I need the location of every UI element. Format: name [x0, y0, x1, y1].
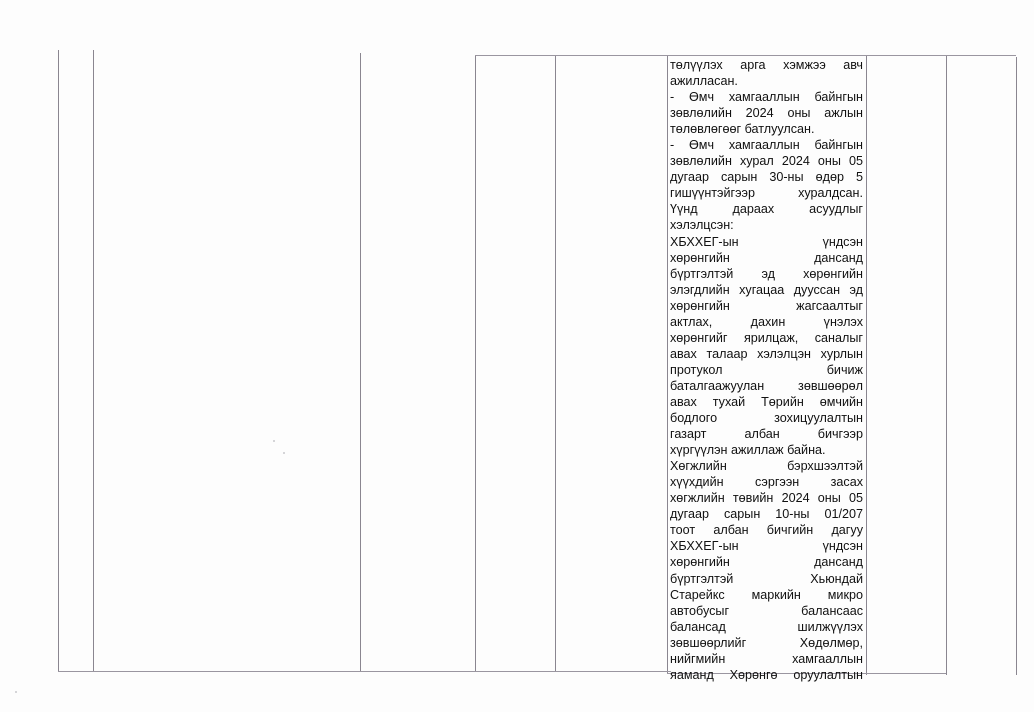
table-column-rule-7: [866, 56, 867, 675]
table-column-rule-5: [555, 55, 556, 672]
cell-text-line: төлүүлэх арга хэмжээ авч: [670, 57, 863, 73]
cell-text-line: нийгмийн хамгааллын: [670, 651, 863, 667]
cell-text-line: хөрөнгийн жагсаалтыг: [670, 298, 863, 314]
cell-text-line: газарт албан бичгээр: [670, 426, 863, 442]
table-column-rule-8: [946, 56, 947, 675]
scanned-page: төлүүлэх арга хэмжээ авчажилласан.- Өмч …: [0, 0, 1034, 712]
cell-text-line: Үүнд дараах асуудлыг: [670, 201, 863, 217]
cell-text-line: балансад шилжүүлэх: [670, 619, 863, 635]
cell-text-line: - Өмч хамгааллын байнгын: [670, 137, 863, 153]
cell-text-line: төлөвлөгөөг батлуулсан.: [670, 121, 863, 137]
scan-artifact: [15, 691, 17, 693]
cell-text-line: хөрөнгийн дансанд: [670, 554, 863, 570]
cell-text-line: актлах, дахин үнэлэх: [670, 314, 863, 330]
table-column-rule-1: [58, 50, 59, 672]
cell-text-line: зөвлөлийн 2024 оны ажлын: [670, 105, 863, 121]
cell-text-line: автобусыг балансаас: [670, 603, 863, 619]
cell-text-line: хүүхдийн сэргээн засах: [670, 474, 863, 490]
cell-text-line: ХБХХЕГ-ын үндсэн: [670, 234, 863, 250]
table-column-rule-6: [667, 55, 668, 673]
cell-text-line: - Өмч хамгааллын байнгын: [670, 89, 863, 105]
table-column-rule-9: [1016, 57, 1017, 675]
cell-text-line: бүртгэлтэй Хьюндай: [670, 571, 863, 587]
cell-text-line: элэгдлийн хугацаа дууссан эд: [670, 282, 863, 298]
scan-artifact: [273, 440, 275, 442]
cell-text-line: ажилласан.: [670, 73, 863, 89]
cell-text-line: тоот албан бичгийн дагуу: [670, 522, 863, 538]
table-top-rule: [475, 55, 1016, 56]
scan-artifact: [283, 452, 285, 454]
cell-text-line: зөвшөөрлийг Хөдөлмөр,: [670, 635, 863, 651]
table-column-rule-2: [93, 50, 94, 672]
cell-text-line: дугаар сарын 30-ны өдөр 5: [670, 169, 863, 185]
table-column-rule-4: [475, 55, 476, 672]
cell-text-line: протукол бичиж: [670, 362, 863, 378]
cell-text-line: баталгаажуулан зөвшөөрөл: [670, 378, 863, 394]
table-cell-text: төлүүлэх арга хэмжээ авчажилласан.- Өмч …: [670, 57, 863, 683]
cell-text-line: авах талаар хэлэлцэн хурлын: [670, 346, 863, 362]
cell-text-line: Старейкс маркийн микро: [670, 587, 863, 603]
cell-text-line: Хөгжлийн бэрхшээлтэй: [670, 458, 863, 474]
cell-text-line: яаманд Хөрөнгө оруулалтын: [670, 667, 863, 683]
table-column-rule-3: [360, 53, 361, 672]
cell-text-line: зөвлөлийн хурал 2024 оны 05: [670, 153, 863, 169]
cell-text-line: авах тухай Төрийн өмчийн: [670, 394, 863, 410]
cell-text-line: дугаар сарын 10-ны 01/207: [670, 506, 863, 522]
cell-text-line: бүртгэлтэй эд хөрөнгийн: [670, 266, 863, 282]
table-bottom-rule-left: [58, 671, 671, 672]
cell-text-line: ХБХХЕГ-ын үндсэн: [670, 538, 863, 554]
cell-text-line: хэлэлцсэн:: [670, 217, 863, 233]
cell-text-line: хөрөнгийг ярилцаж, саналыг: [670, 330, 863, 346]
cell-text-line: хөрөнгийн дансанд: [670, 250, 863, 266]
cell-text-line: хөгжлийн төвийн 2024 оны 05: [670, 490, 863, 506]
cell-text-line: гишүүнтэйгээр хуралдсан.: [670, 185, 863, 201]
cell-text-line: хүргүүлэн ажиллаж байна.: [670, 442, 863, 458]
cell-text-line: бодлого зохицуулалтын: [670, 410, 863, 426]
